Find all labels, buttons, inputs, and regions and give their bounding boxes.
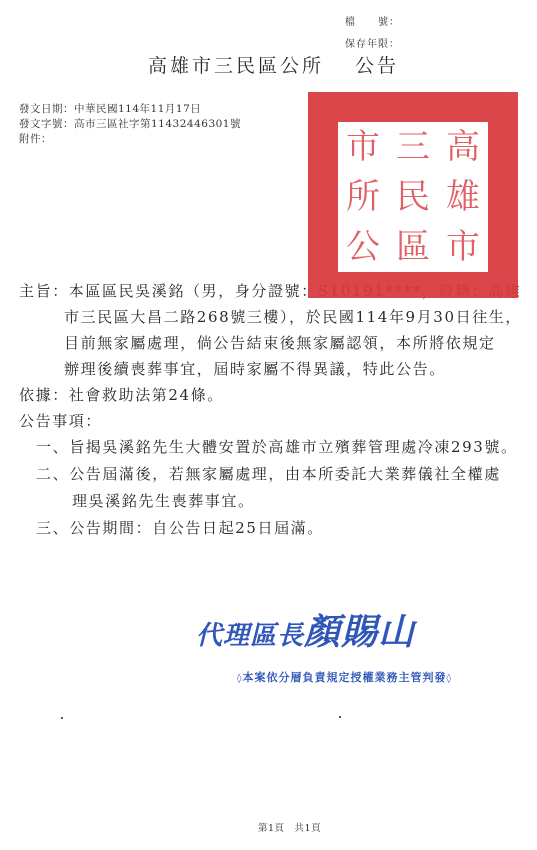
attachment-label: 附件： (19, 131, 52, 146)
notice-item-2-cont: 理吳溪銘先生喪葬事宜。 (72, 490, 255, 511)
seal-inner-area: 市 三 高 所 民 雄 公 區 市 (338, 122, 488, 272)
delegation-note: ◊本案依分層負責規定授權業務主管判發◊ (237, 669, 452, 685)
file-number-label: 檔 號： (345, 13, 400, 28)
subject-line-3: 目前無家屬處理，倘公告結束後無家屬認領，本所將依規定 (64, 332, 496, 353)
signatory-title: 代理區長 (196, 621, 304, 651)
seal-char: 市 (338, 122, 388, 172)
document-number: 發文字號：高市三區社字第11432446301號 (19, 116, 241, 131)
subject-line-4: 辦理後續喪葬事宜，屆時家屬不得異議，特此公告。 (64, 358, 446, 379)
seal-char: 民 (388, 172, 438, 222)
basis-line: 依據：社會救助法第24條。 (19, 384, 224, 405)
issue-date: 發文日期：中華民國114年11月17日 (19, 101, 201, 116)
notice-heading: 公告事項： (19, 410, 102, 431)
notice-item-3: 三、公告期間：自公告日起25日屆滿。 (36, 517, 324, 538)
seal-char: 市 (438, 222, 488, 272)
seal-char: 高 (438, 122, 488, 172)
seal-char: 所 (338, 172, 388, 222)
subject-line-2: 市三民區大昌二路268號三樓），於民國114年9月30日往生， (64, 306, 522, 327)
official-seal-stamp: 市 三 高 所 民 雄 公 區 市 (308, 92, 518, 298)
retention-period-label: 保存年限： (345, 35, 400, 50)
seal-char: 雄 (438, 172, 488, 222)
seal-characters: 市 三 高 所 民 雄 公 區 市 (338, 122, 488, 272)
signature-block: 代理區長顏賜山 (196, 604, 415, 655)
notice-item-1: 一、旨揭吳溪銘先生大體安置於高雄市立殯葬管理處冷凍293號。 (36, 436, 518, 457)
seal-char: 三 (388, 122, 438, 172)
scan-dot (61, 717, 63, 719)
scan-dot (339, 716, 341, 718)
signatory-name: 顏賜山 (304, 611, 415, 653)
document-title: 高雄市三民區公所 公告 (148, 51, 399, 78)
page-number: 第1頁 共1頁 (258, 820, 321, 834)
seal-char: 區 (388, 222, 438, 272)
seal-char: 公 (338, 222, 388, 272)
notice-item-2: 二、公告屆滿後，若無家屬處理，由本所委託大業葬儀社全權處 (36, 463, 501, 484)
